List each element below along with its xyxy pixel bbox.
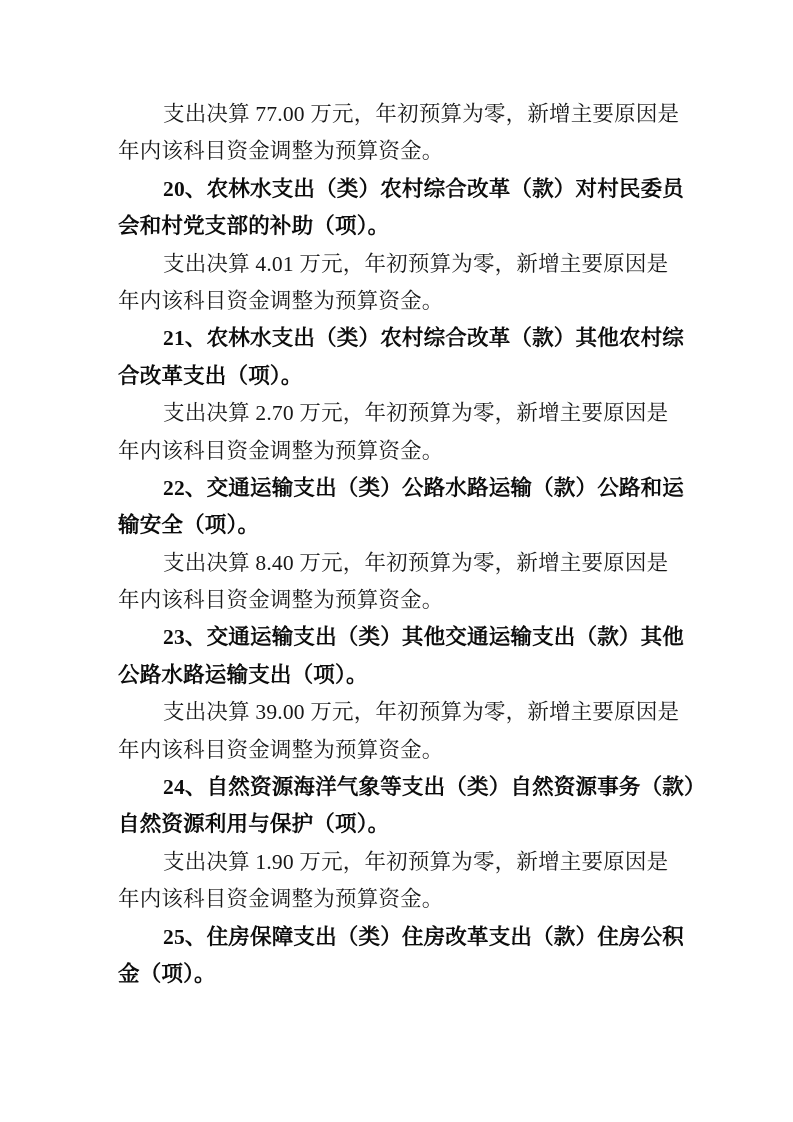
- budget-item-detail: 支出决算 77.00 万元，年初预算为零，新增主要原因是年内该科目资金调整为预算…: [118, 96, 676, 171]
- budget-item-heading: 20、农林水支出（类）农村综合改革（款）对村民委员会和村党支部的补助（项）。: [118, 171, 676, 246]
- budget-item-detail: 支出决算 4.01 万元，年初预算为零，新增主要原因是年内该科目资金调整为预算资…: [118, 246, 676, 321]
- text-line: 22、交通运输支出（类）公路水路运输（款）公路和运: [118, 470, 676, 507]
- text-line: 支出决算 4.01 万元，年初预算为零，新增主要原因是: [118, 246, 676, 283]
- text-line: 年内该科目资金调整为预算资金。: [118, 881, 676, 918]
- text-line: 年内该科目资金调整为预算资金。: [118, 433, 676, 470]
- text-line: 会和村党支部的补助（项）。: [118, 208, 676, 245]
- text-line: 自然资源利用与保护（项）。: [118, 806, 676, 843]
- text-line: 合改革支出（项）。: [118, 358, 676, 395]
- text-line: 支出决算 39.00 万元，年初预算为零，新增主要原因是: [118, 694, 676, 731]
- text-line: 公路水路运输支出（项）。: [118, 657, 676, 694]
- document-page: 支出决算 77.00 万元，年初预算为零，新增主要原因是年内该科目资金调整为预算…: [0, 0, 793, 1122]
- budget-item-heading: 25、住房保障支出（类）住房改革支出（款）住房公积金（项）。: [118, 919, 676, 994]
- text-line: 23、交通运输支出（类）其他交通运输支出（款）其他: [118, 619, 676, 656]
- budget-item-detail: 支出决算 2.70 万元，年初预算为零，新增主要原因是年内该科目资金调整为预算资…: [118, 395, 676, 470]
- text-line: 年内该科目资金调整为预算资金。: [118, 133, 676, 170]
- text-line: 24、自然资源海洋气象等支出（类）自然资源事务（款）: [118, 769, 676, 806]
- text-line: 输安全（项）。: [118, 507, 676, 544]
- text-line: 25、住房保障支出（类）住房改革支出（款）住房公积: [118, 919, 676, 956]
- text-line: 20、农林水支出（类）农村综合改革（款）对村民委员: [118, 171, 676, 208]
- text-line: 支出决算 2.70 万元，年初预算为零，新增主要原因是: [118, 395, 676, 432]
- budget-item-heading: 24、自然资源海洋气象等支出（类）自然资源事务（款）自然资源利用与保护（项）。: [118, 769, 676, 844]
- document-content: 支出决算 77.00 万元，年初预算为零，新增主要原因是年内该科目资金调整为预算…: [118, 96, 676, 993]
- budget-item-heading: 21、农林水支出（类）农村综合改革（款）其他农村综合改革支出（项）。: [118, 320, 676, 395]
- text-line: 金（项）。: [118, 956, 676, 993]
- text-line: 支出决算 8.40 万元，年初预算为零，新增主要原因是: [118, 545, 676, 582]
- text-line: 年内该科目资金调整为预算资金。: [118, 582, 676, 619]
- text-line: 年内该科目资金调整为预算资金。: [118, 283, 676, 320]
- budget-item-detail: 支出决算 1.90 万元，年初预算为零，新增主要原因是年内该科目资金调整为预算资…: [118, 844, 676, 919]
- text-line: 年内该科目资金调整为预算资金。: [118, 732, 676, 769]
- text-line: 支出决算 77.00 万元，年初预算为零，新增主要原因是: [118, 96, 676, 133]
- budget-item-heading: 22、交通运输支出（类）公路水路运输（款）公路和运输安全（项）。: [118, 470, 676, 545]
- text-line: 21、农林水支出（类）农村综合改革（款）其他农村综: [118, 320, 676, 357]
- text-line: 支出决算 1.90 万元，年初预算为零，新增主要原因是: [118, 844, 676, 881]
- budget-item-heading: 23、交通运输支出（类）其他交通运输支出（款）其他公路水路运输支出（项）。: [118, 619, 676, 694]
- budget-item-detail: 支出决算 39.00 万元，年初预算为零，新增主要原因是年内该科目资金调整为预算…: [118, 694, 676, 769]
- budget-item-detail: 支出决算 8.40 万元，年初预算为零，新增主要原因是年内该科目资金调整为预算资…: [118, 545, 676, 620]
